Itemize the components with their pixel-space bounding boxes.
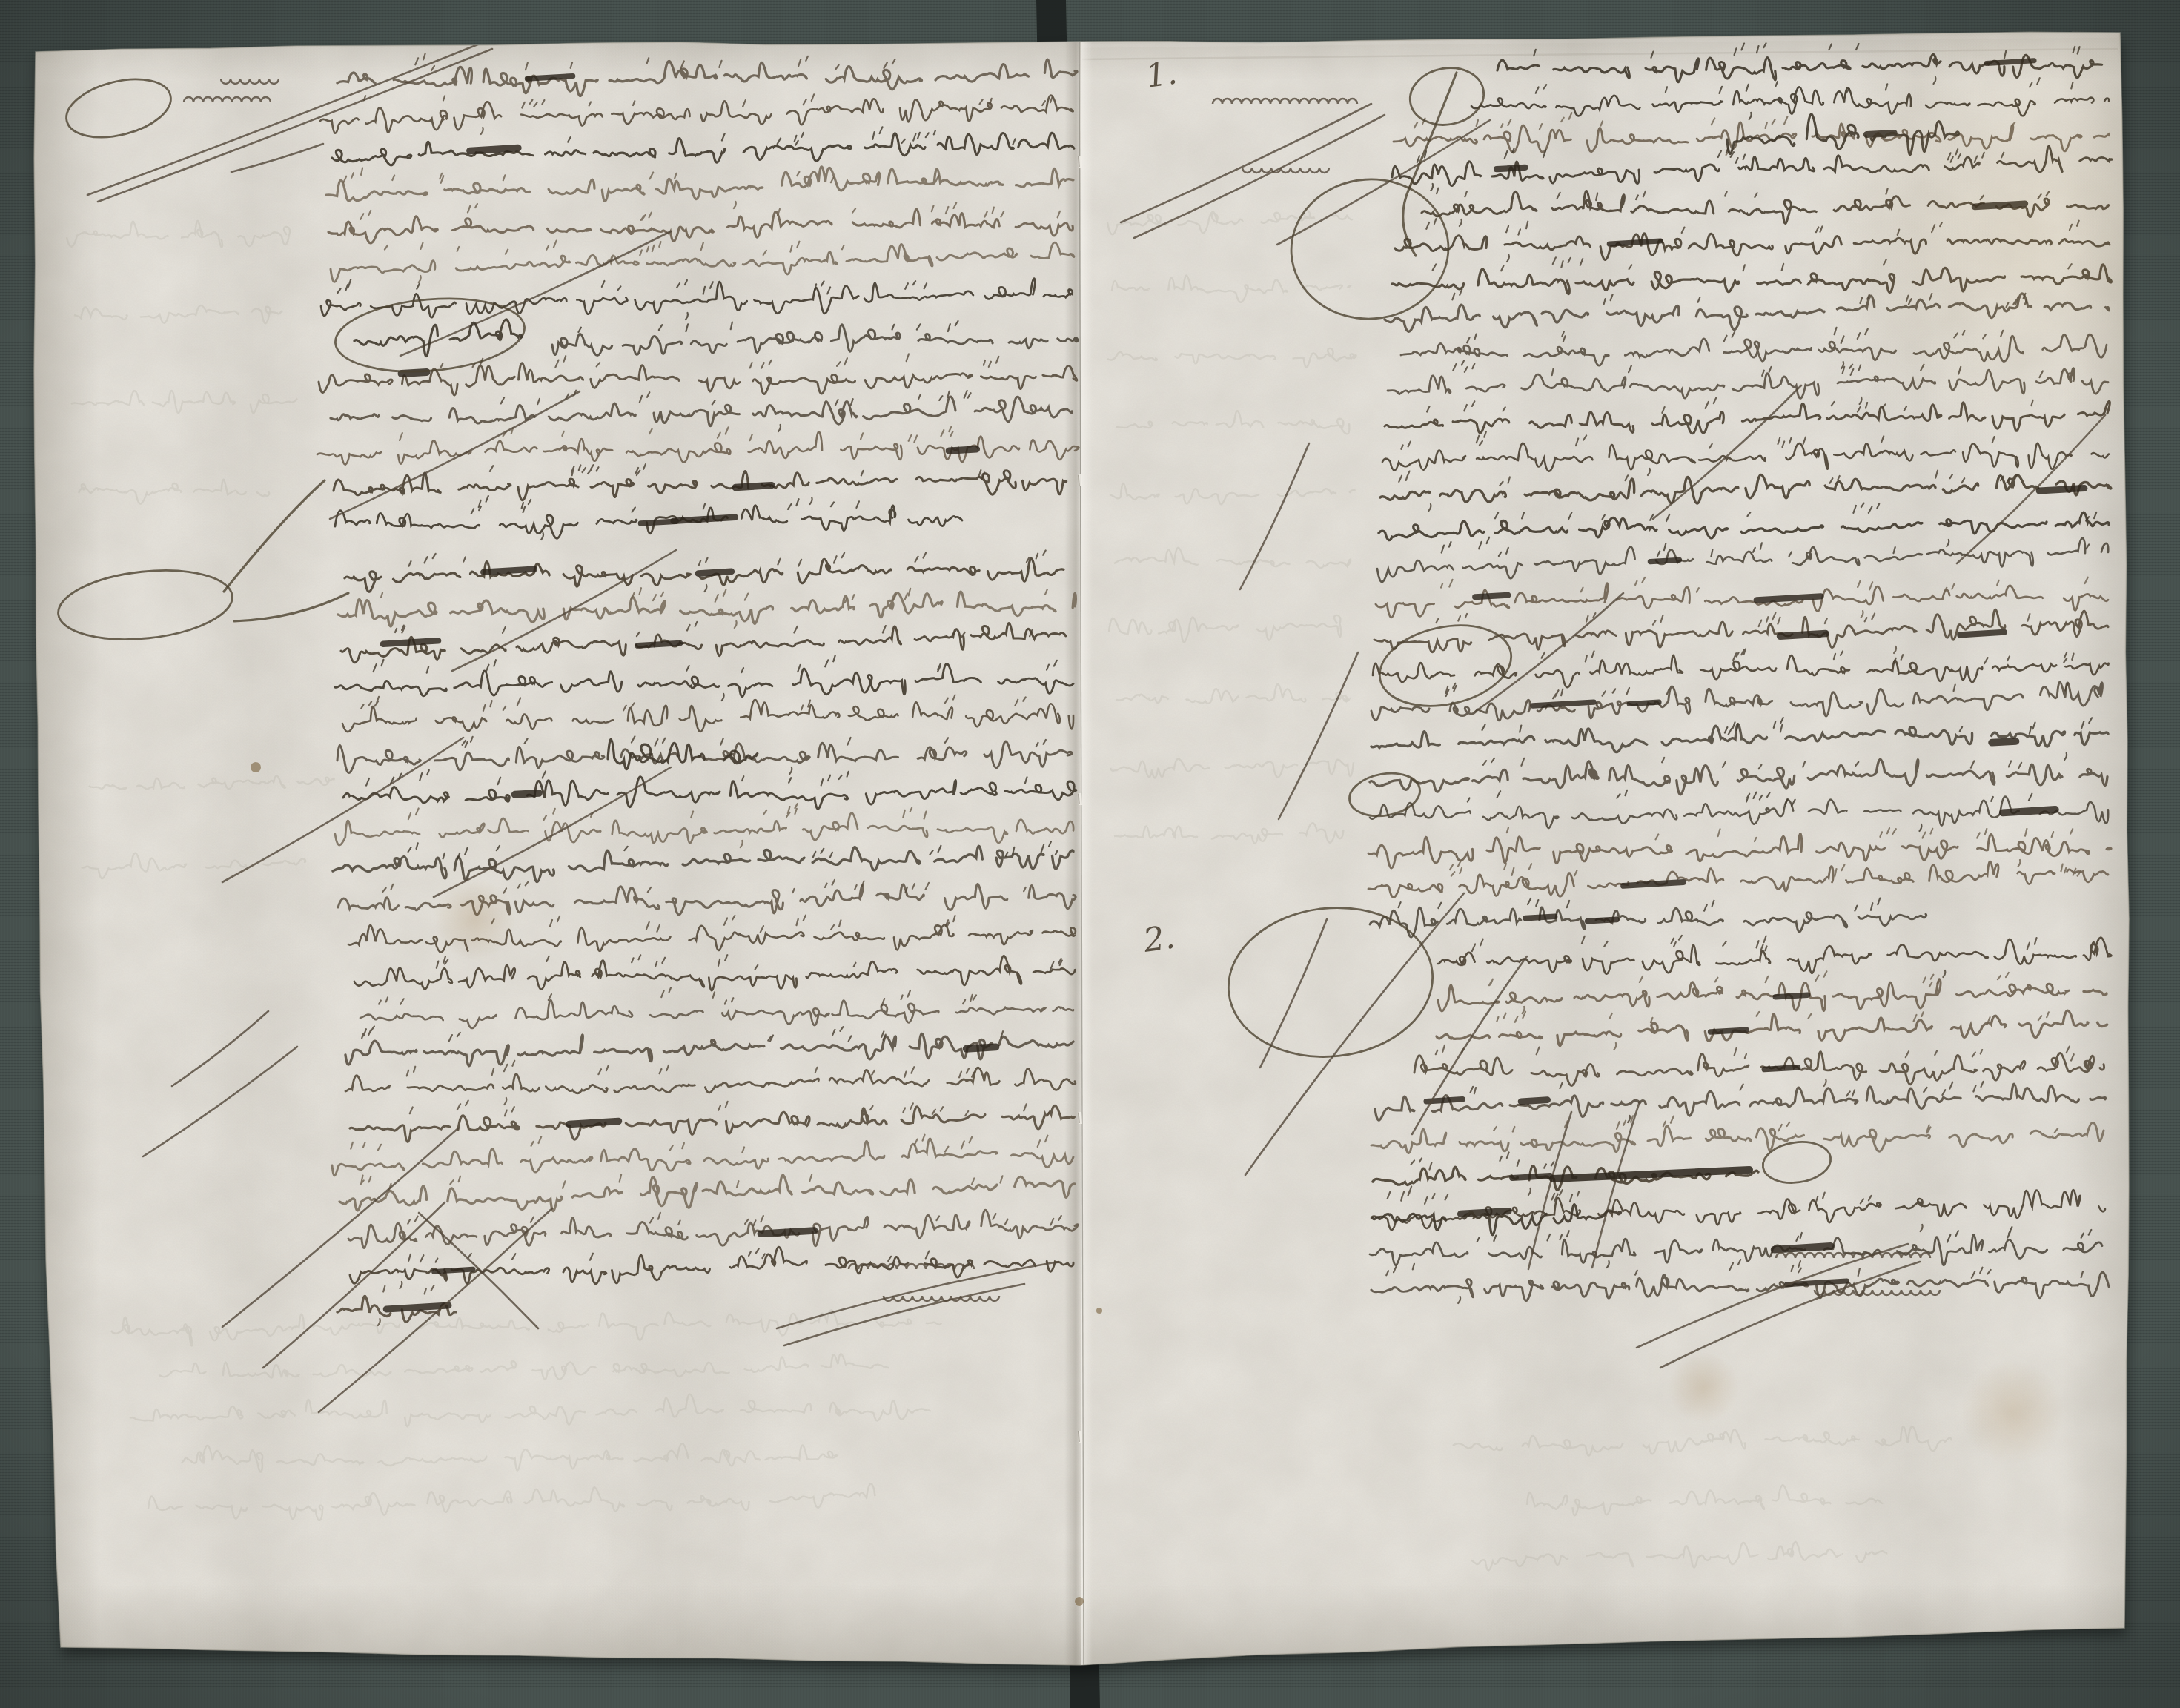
stain-smudge (1961, 1360, 2064, 1464)
fold-stitch (1080, 1112, 1081, 1124)
bold-ink-dash (1525, 916, 1555, 918)
fold-stitch (1080, 474, 1081, 486)
fold-highlight-band (1081, 30, 1093, 1669)
paragraph-number-mark: 2. (1140, 918, 1177, 960)
bold-ink-dash (434, 1269, 473, 1271)
bold-ink-dash (967, 1047, 996, 1048)
bold-ink-dash (1775, 995, 1807, 997)
fold-stitch (1080, 1431, 1081, 1443)
fold-stitch-shadow (1079, 794, 1079, 804)
bold-ink-dash (569, 1121, 619, 1124)
fold-stitch (1080, 793, 1081, 805)
bold-ink-dash (383, 640, 438, 643)
fold-stitch-shadow (1079, 156, 1079, 167)
bold-ink-dash (470, 148, 518, 151)
bold-ink-dash (1650, 560, 1679, 561)
bold-ink-dash (1711, 1030, 1747, 1032)
bold-ink-dash (1533, 702, 1594, 706)
bold-ink-dash (949, 449, 976, 451)
manuscript-scan: 1.2. (0, 0, 2180, 1708)
bold-ink-dash (1588, 919, 1617, 921)
bold-ink-dash (674, 517, 735, 521)
stain-spot (1075, 1597, 1084, 1606)
bold-ink-dash (1960, 632, 2004, 635)
center-fold (1064, 30, 1093, 1669)
bold-ink-dash (483, 569, 534, 572)
bold-ink-dash (1497, 168, 1525, 169)
bold-ink-dash (1609, 241, 1660, 244)
bold-ink-dash (637, 643, 680, 646)
bold-ink-dash (1623, 882, 1683, 886)
bold-ink-dash (761, 1231, 814, 1234)
stain-smudge (434, 878, 515, 960)
bold-ink-dash (2039, 489, 2084, 491)
bold-ink-dash (698, 572, 732, 574)
bold-ink-dash (386, 1305, 448, 1309)
stain-spot (1096, 1308, 1102, 1314)
bold-ink-dash (1992, 741, 2015, 743)
bold-ink-dash (1764, 1067, 1798, 1070)
bold-ink-dash (1757, 596, 1821, 600)
bold-ink-dash (1775, 1246, 1831, 1250)
fold-stitch (1080, 156, 1081, 168)
bold-ink-dash (515, 793, 539, 795)
stain-spot (251, 762, 261, 772)
fold-stitch-shadow (1079, 475, 1079, 486)
bold-ink-dash (1475, 595, 1508, 598)
bold-ink-dash (2003, 810, 2055, 812)
bold-ink-dash (735, 486, 772, 488)
bold-ink-dash (1629, 702, 1659, 704)
bold-ink-dash (527, 76, 572, 79)
bold-ink-dash (1512, 1176, 1550, 1178)
archive-photo-scene: 1.2. Two-page opening (bifolium) of a 17… (0, 0, 2180, 1708)
fold-stitch-shadow (1079, 1431, 1079, 1442)
fold-stitch-shadow (1079, 1113, 1079, 1123)
paragraph-number-mark: 1. (1143, 54, 1179, 96)
bold-ink-dash (1521, 1100, 1548, 1102)
stain-smudge (1668, 1352, 1739, 1423)
bold-ink-dash (1780, 634, 1826, 637)
